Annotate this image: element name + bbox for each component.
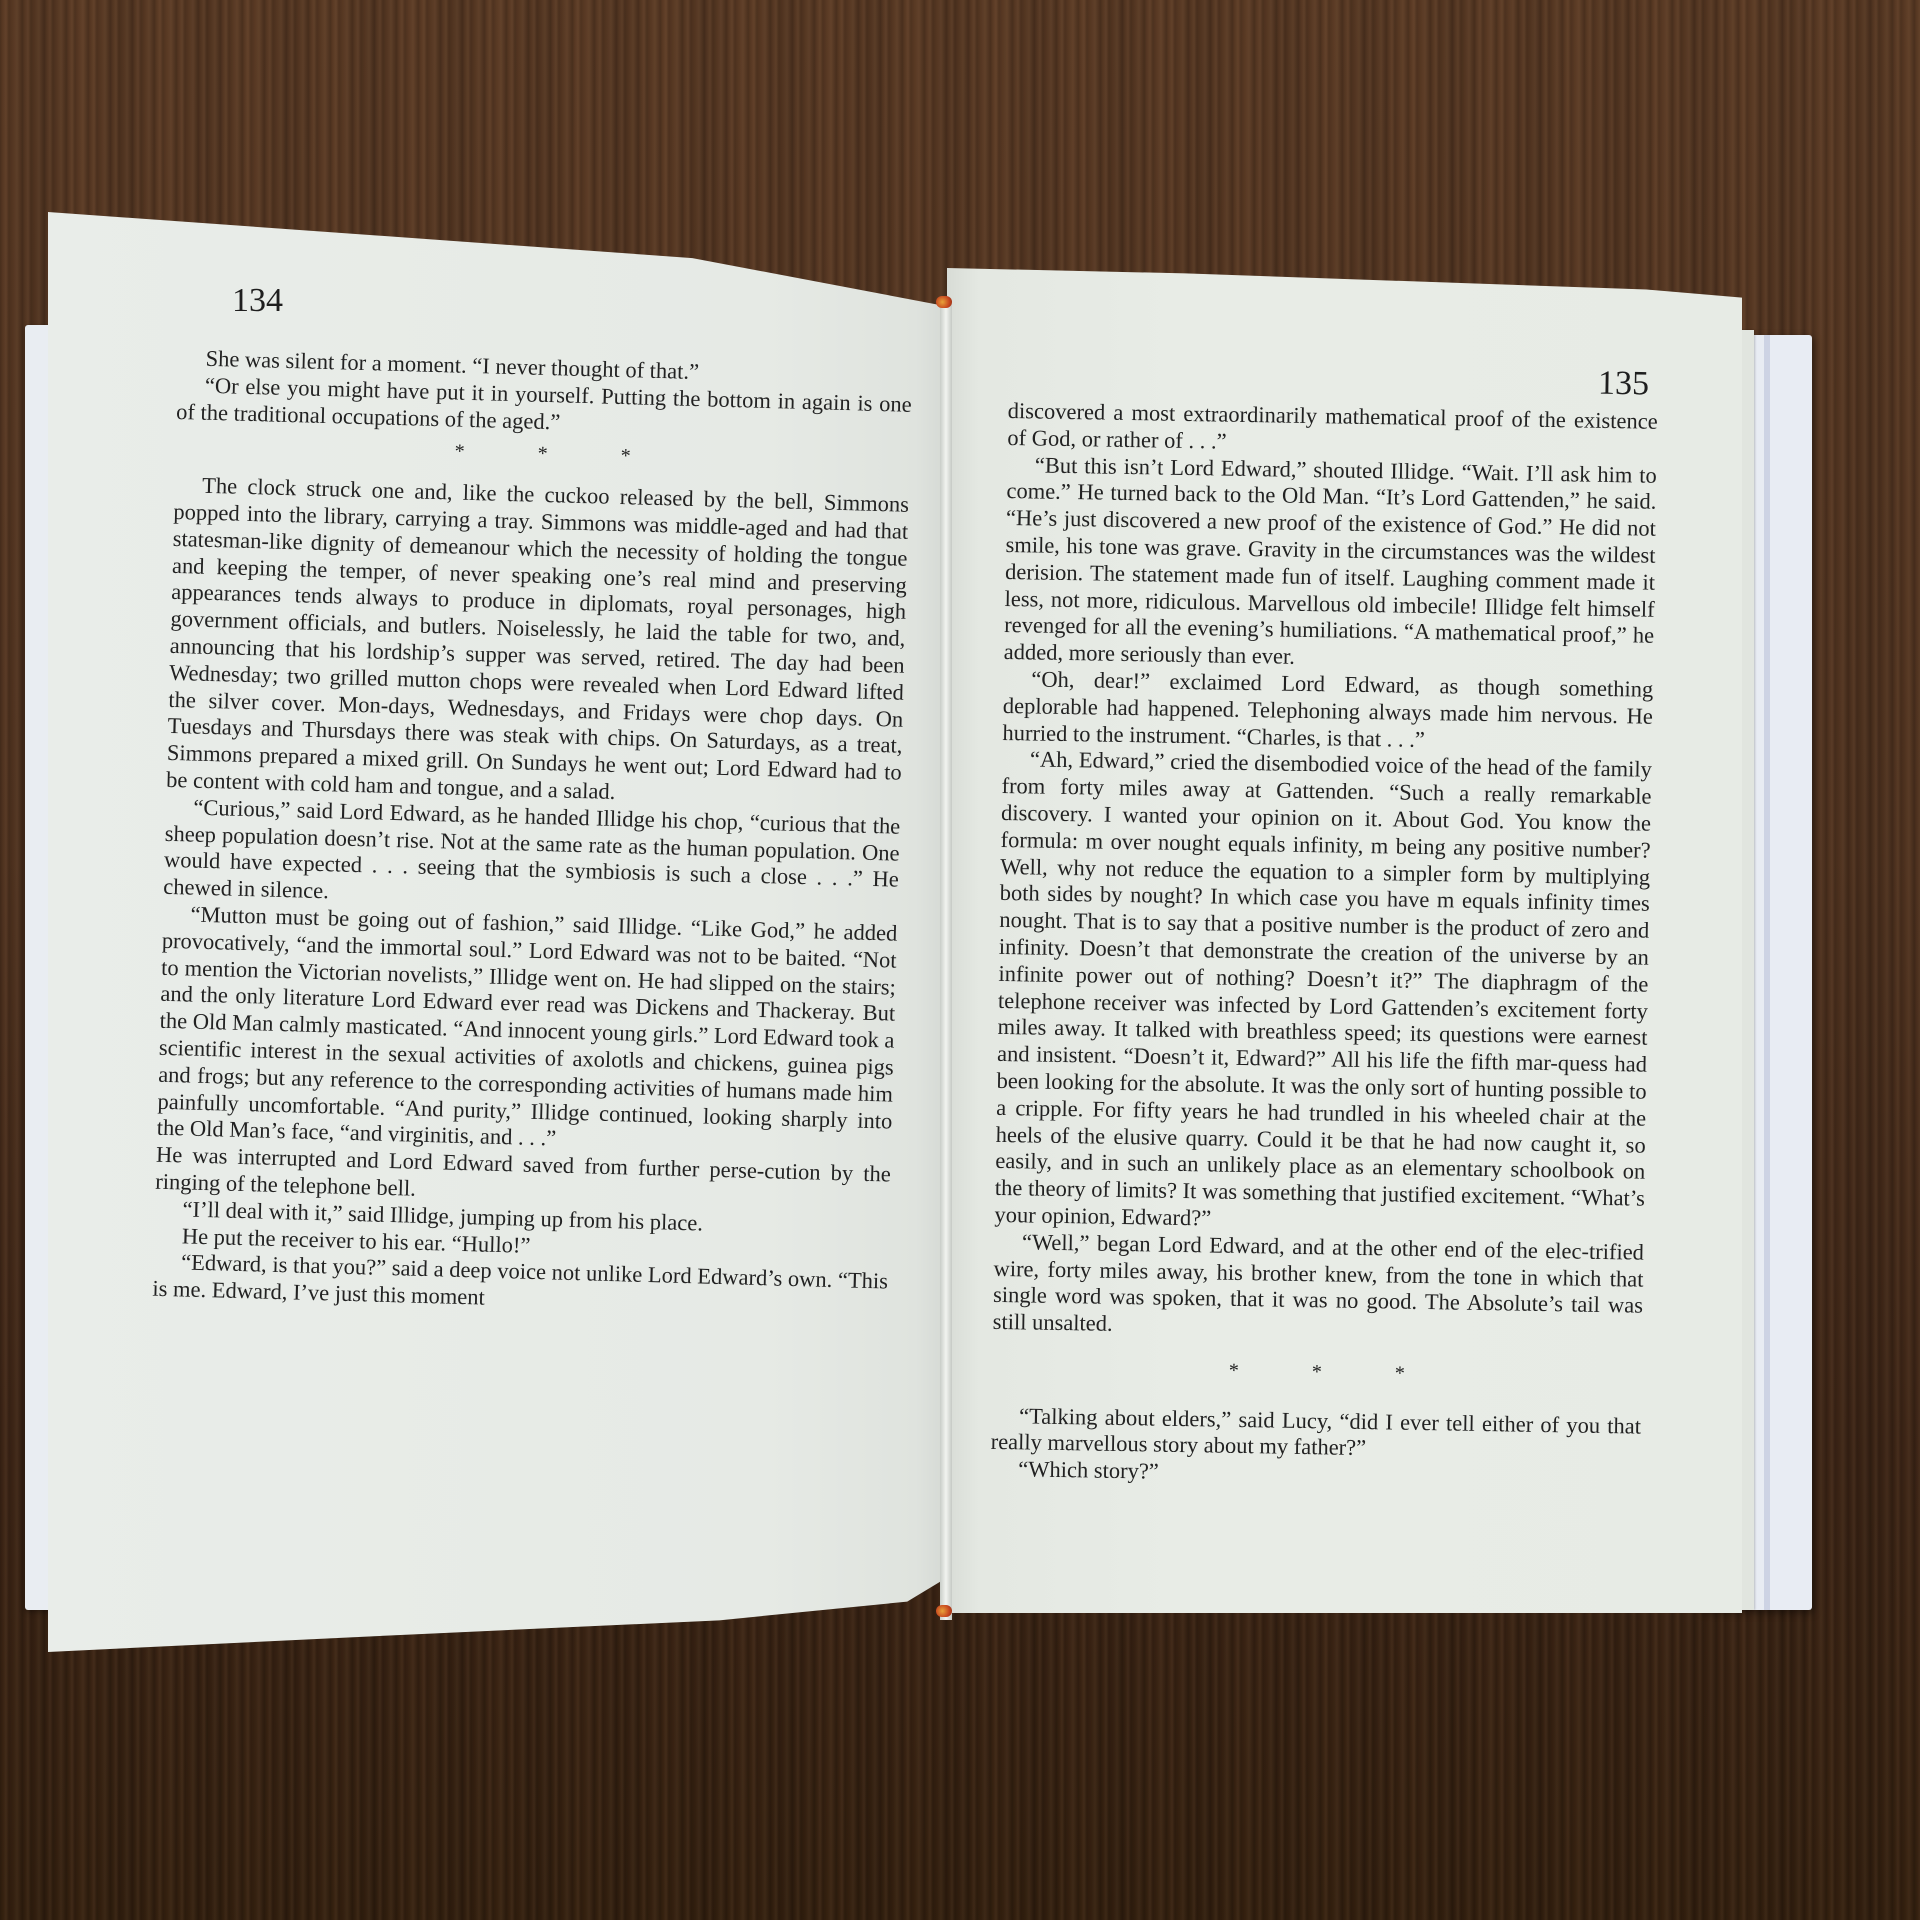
page-number-right: 135 xyxy=(1598,365,1650,404)
page-number-left: 134 xyxy=(232,282,283,320)
paragraph: “Oh, dear!” exclaimed Lord Edward, as th… xyxy=(1002,666,1653,757)
paragraph: “But this isn’t Lord Edward,” shouted Il… xyxy=(1004,452,1657,677)
book-gutter xyxy=(940,300,952,1620)
paragraph: The clock struck one and, like the cucko… xyxy=(166,472,909,813)
cover-board-edge xyxy=(1764,335,1770,1610)
headband-bottom xyxy=(936,1605,952,1617)
paragraph: “Well,” began Lord Edward, and at the ot… xyxy=(992,1229,1644,1347)
right-page-text: discovered a most extraordinarily mathem… xyxy=(990,398,1658,1494)
paragraph: “Mutton must be going out of fashion,” s… xyxy=(156,901,897,1162)
left-page-text: She was silent for a moment. “I never th… xyxy=(152,345,913,1322)
paragraph: “Ah, Edward,” cried the disembodied voic… xyxy=(994,746,1652,1239)
section-separator: * * * xyxy=(992,1354,1642,1392)
headband-top xyxy=(936,296,952,308)
paragraph: “Curious,” said Lord Edward, as he hande… xyxy=(163,794,901,921)
